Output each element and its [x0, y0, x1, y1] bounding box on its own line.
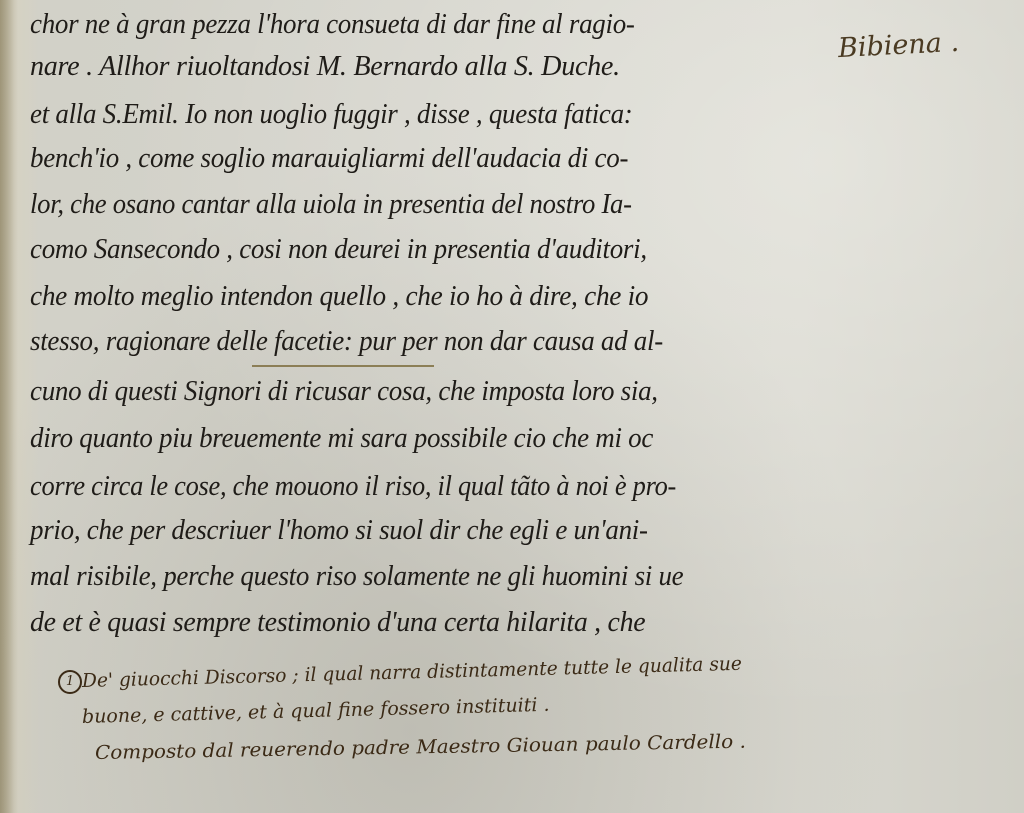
printed-line: cuno di questi Signori di ricusar cosa, … — [30, 375, 658, 408]
printed-line: mal risibile, perche questo riso solamen… — [30, 560, 683, 593]
printed-line: de et è quasi sempre testimonio d'una ce… — [30, 606, 645, 639]
printed-line: et alla S.Emil. Io non uoglio fuggir , d… — [30, 98, 633, 131]
printed-line: prio, che per descriuer l'homo si suol d… — [30, 514, 648, 547]
printed-line: lor, che osano cantar alla uiola in pres… — [30, 188, 632, 221]
printed-line: bench'io , come soglio marauigliarmi del… — [30, 142, 628, 175]
handwritten-line: buone, e cattive, et à qual fine fossero… — [82, 694, 550, 728]
ink-underline — [252, 365, 434, 367]
printed-line: corre circa le cose, che mouono il riso,… — [30, 470, 676, 503]
printed-line: nare . Allhor riuoltandosi M. Bernardo a… — [30, 50, 620, 83]
printed-line: diro quanto piu breuemente mi sara possi… — [30, 422, 653, 455]
printed-line: stesso, ragionare delle facetie: pur per… — [30, 325, 663, 358]
handwritten-line: De' giuocchi Discorso ; il qual narra di… — [82, 653, 742, 692]
page-gutter-shadow — [0, 0, 18, 813]
printed-line: che molto meglio intendon quello , che i… — [30, 280, 648, 313]
marginal-note: Bibiena . — [837, 27, 959, 64]
printed-line: como Sansecondo , cosi non deurei in pre… — [30, 233, 647, 266]
printed-line: chor ne à gran pezza l'hora consueta di … — [30, 8, 635, 41]
annotation-marker: 1 — [58, 670, 82, 694]
handwritten-line: Composto dal reuerendo padre Maestro Gio… — [95, 731, 746, 764]
book-page: chor ne à gran pezza l'hora consueta di … — [0, 0, 1024, 813]
